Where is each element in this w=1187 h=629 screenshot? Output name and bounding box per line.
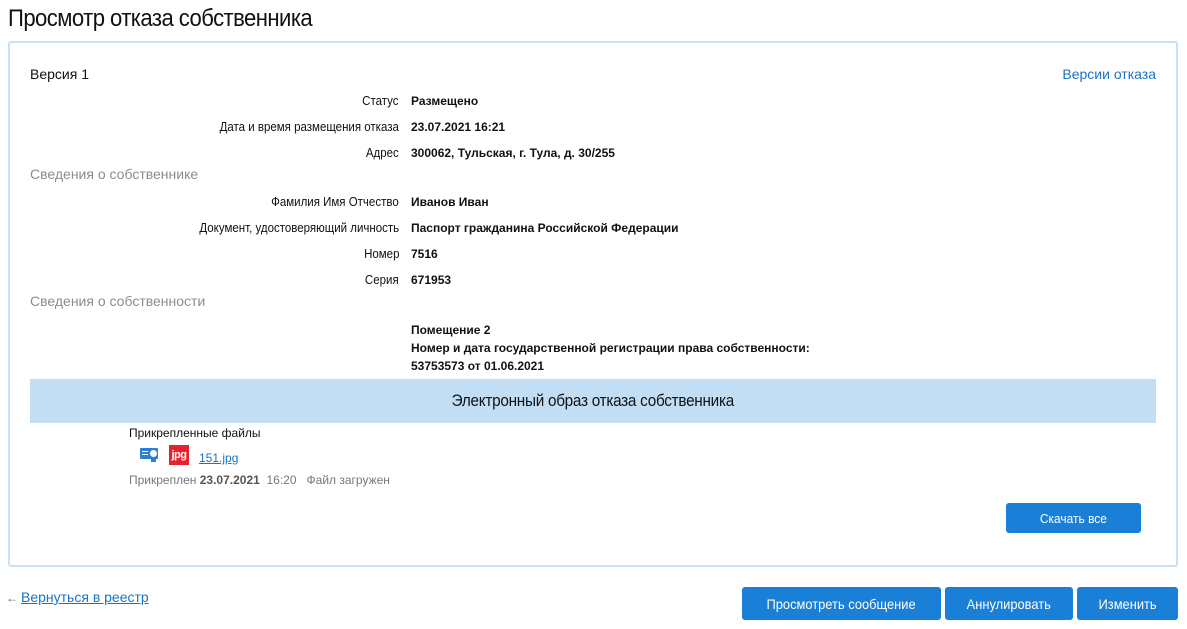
file-attached-info: Прикреплен 23.07.2021 16:20 Файл загруже… bbox=[129, 473, 390, 487]
field-label: Дата и время размещения отказа bbox=[220, 119, 399, 135]
owner-section-title: Сведения о собственнике bbox=[30, 166, 198, 182]
field-value: 23.07.2021 16:21 bbox=[411, 119, 505, 135]
field-status: Статус Размещено bbox=[10, 93, 1176, 109]
field-label: Фамилия Имя Отчество bbox=[271, 194, 399, 210]
field-label: Документ, удостоверяющий личность bbox=[199, 220, 399, 236]
back-to-registry-link[interactable]: Вернуться в реестр bbox=[21, 589, 149, 605]
premise-name: Помещение 2 bbox=[411, 321, 810, 339]
back-to-registry[interactable]: ←Вернуться в реестр bbox=[6, 589, 149, 605]
jpg-file-icon: jpg bbox=[169, 445, 189, 465]
registration-label: Номер и дата государственной регистрации… bbox=[411, 339, 810, 357]
electronic-image-header: Электронный образ отказа собственника bbox=[30, 379, 1156, 423]
arrow-left-icon: ← bbox=[6, 591, 18, 605]
field-label: Адрес bbox=[366, 145, 399, 161]
field-value: 7516 bbox=[411, 246, 438, 262]
field-placement-datetime: Дата и время размещения отказа 23.07.202… bbox=[10, 119, 1176, 135]
annul-button[interactable]: Аннулировать bbox=[945, 587, 1073, 620]
field-label: Номер bbox=[364, 246, 399, 262]
attached-file-item: jpg 151.jpg bbox=[140, 444, 238, 466]
field-full-name: Фамилия Имя Отчество Иванов Иван bbox=[10, 194, 1176, 210]
view-message-button[interactable]: Просмотреть сообщение bbox=[742, 587, 941, 620]
signature-certificate-icon[interactable] bbox=[140, 448, 158, 462]
field-value: 300062, Тульская, г. Тула, д. 30/255 bbox=[411, 145, 615, 161]
file-status: Файл загружен bbox=[307, 473, 390, 487]
page-title: Просмотр отказа собственника bbox=[8, 5, 312, 33]
field-value: Паспорт гражданина Российской Федерации bbox=[411, 220, 679, 236]
download-all-button[interactable]: Скачать все bbox=[1006, 503, 1141, 533]
field-document-series: Серия 671953 bbox=[10, 272, 1176, 288]
edit-button[interactable]: Изменить bbox=[1077, 587, 1178, 620]
refusal-card: Версия 1 Версии отказа Статус Размещено … bbox=[8, 41, 1178, 567]
field-identity-document: Документ, удостоверяющий личность Паспор… bbox=[10, 220, 1176, 236]
property-info: Помещение 2 Номер и дата государственной… bbox=[411, 321, 810, 375]
property-section-title: Сведения о собственности bbox=[30, 293, 205, 309]
attached-time: 16:20 bbox=[266, 473, 296, 487]
file-download-link[interactable]: 151.jpg bbox=[199, 451, 238, 465]
version-label: Версия 1 bbox=[30, 66, 89, 82]
field-value: Иванов Иван bbox=[411, 194, 489, 210]
registration-value: 53753573 от 01.06.2021 bbox=[411, 357, 810, 375]
attached-files-label: Прикрепленные файлы bbox=[129, 426, 261, 440]
refusal-versions-link[interactable]: Версии отказа bbox=[1062, 66, 1156, 82]
field-address: Адрес 300062, Тульская, г. Тула, д. 30/2… bbox=[10, 145, 1176, 161]
field-value: 671953 bbox=[411, 272, 451, 288]
field-value: Размещено bbox=[411, 93, 478, 109]
field-document-number: Номер 7516 bbox=[10, 246, 1176, 262]
field-label: Серия bbox=[365, 272, 399, 288]
field-label: Статус bbox=[363, 93, 399, 109]
attached-date: 23.07.2021 bbox=[200, 473, 260, 487]
